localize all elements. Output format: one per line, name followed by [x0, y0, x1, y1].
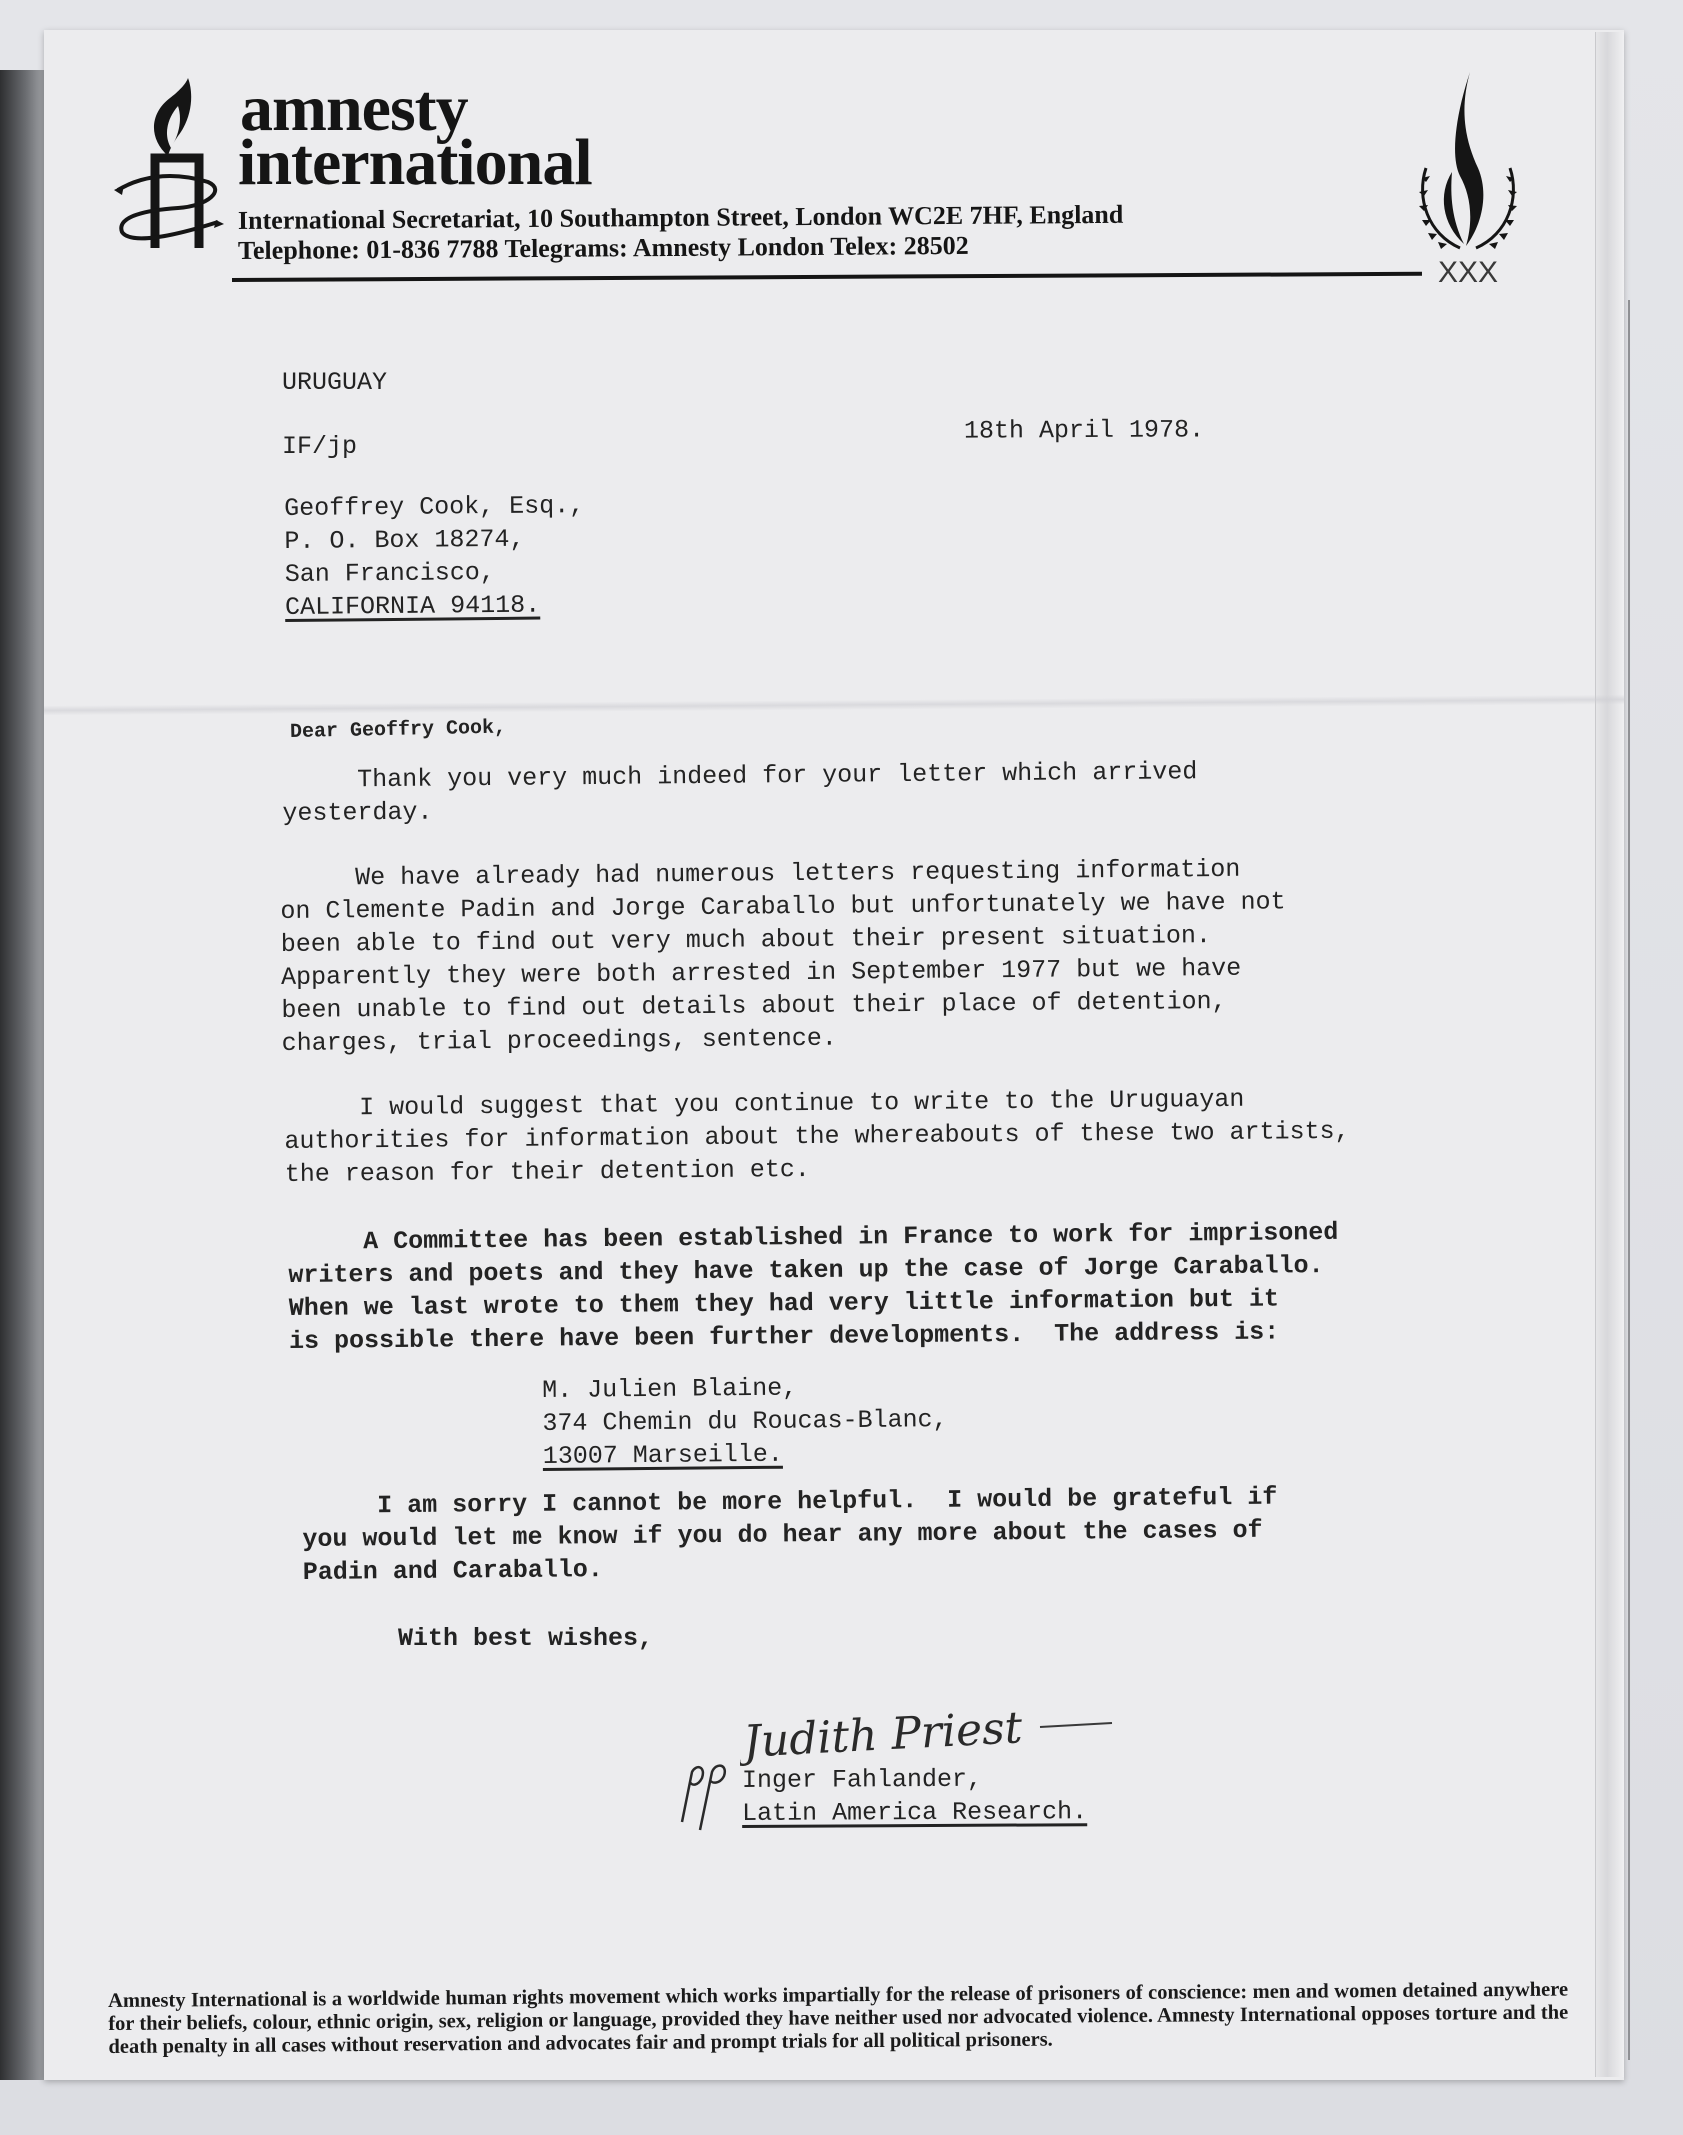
valediction: With best wishes,: [398, 1622, 653, 1655]
mission-statement-footer: Amnesty International is a worldwide hum…: [108, 1979, 1568, 2059]
recipient-address: Geoffrey Cook, Esq., P. O. Box 18274, Sa…: [284, 489, 585, 624]
candle-barbed-wire-icon: [108, 78, 228, 248]
letter-date: 18th April 1978.: [964, 413, 1204, 447]
french-committee-address: M. Julien Blaine, 374 Chemin du Roucas-B…: [542, 1370, 948, 1473]
fold-line: [1628, 300, 1630, 2060]
french-address-street: 374 Chemin du Roucas-Blanc,: [542, 1403, 947, 1440]
reference-code: IF/jp: [282, 430, 357, 463]
closing-paragraph: I am sorry I cannot be more helpful. I w…: [302, 1481, 1278, 1589]
recipient-name: Geoffrey Cook, Esq.,: [284, 489, 584, 525]
paper-fold-edge: [1595, 32, 1624, 2077]
paragraph-1: Thank you very much indeed for your lett…: [282, 755, 1198, 830]
brand-name-line2: international: [238, 130, 592, 196]
recipient-box: P. O. Box 18274,: [284, 522, 584, 558]
subject-line: URUGUAY: [282, 366, 387, 399]
french-address-city: 13007 Marseille.: [543, 1436, 948, 1473]
signature-text: Judith Priest: [740, 1705, 1024, 1768]
signatory-department: Latin America Research.: [742, 1795, 1087, 1830]
salutation: Dear Geoffry Cook,: [290, 711, 507, 749]
signatory-block: Inger Fahlander, Latin America Research.: [742, 1762, 1087, 1830]
pp-handwritten-mark: [670, 1752, 740, 1832]
paragraph-2: We have already had numerous letters req…: [280, 852, 1287, 1060]
emblem-text: XXX: [1438, 256, 1498, 288]
paragraph-4: A Committee has been established in Fran…: [288, 1216, 1339, 1358]
letterhead-address: International Secretariat, 10 Southampto…: [238, 200, 1124, 236]
letterhead-contact: Telephone: 01-836 7788 Telegrams: Amnest…: [238, 231, 969, 266]
recipient-city: San Francisco,: [285, 555, 585, 591]
signatory-name: Inger Fahlander,: [742, 1762, 1087, 1797]
background-shadow: [0, 70, 46, 2080]
french-address-name: M. Julien Blaine,: [542, 1370, 947, 1407]
paragraph-3: I would suggest that you continue to wri…: [284, 1082, 1350, 1191]
flame-laurel-emblem-icon: XXX: [1408, 68, 1528, 288]
recipient-state-zip: CALIFORNIA 94118.: [285, 588, 585, 624]
